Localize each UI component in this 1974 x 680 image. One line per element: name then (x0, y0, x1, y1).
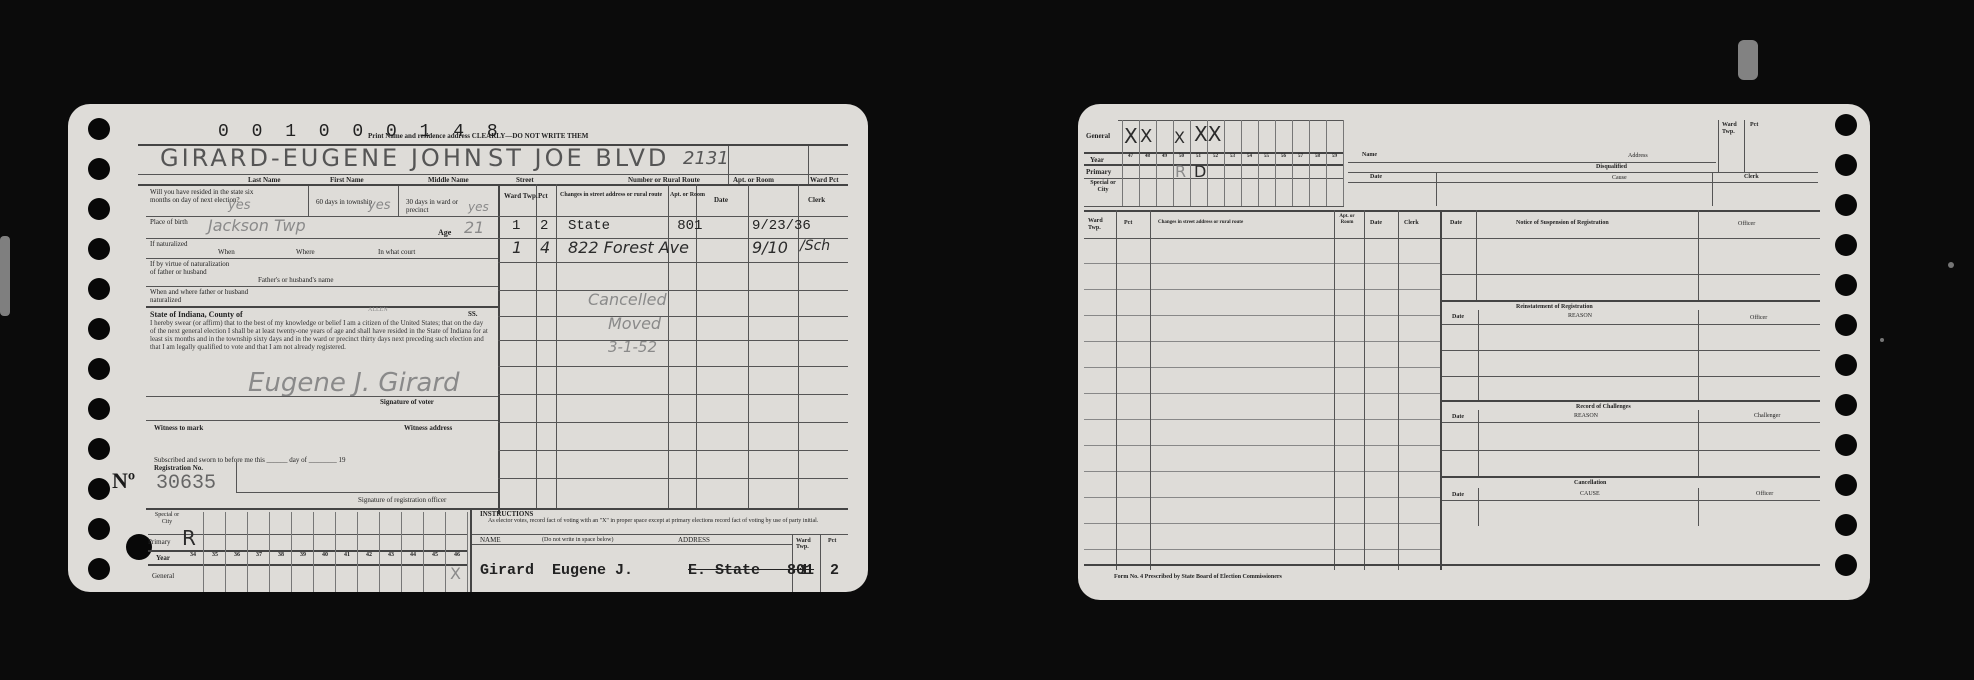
cell-ward: 1 (512, 238, 522, 257)
cell-pct: 2 (540, 218, 548, 234)
punch-hole (88, 278, 110, 300)
registration-no-label: Registration No. (154, 464, 203, 472)
col-clerk: Clerk (1404, 220, 1419, 226)
where-label: Where (296, 248, 315, 257)
paper-edge (0, 236, 10, 316)
middle-name-label: Middle Name (428, 176, 469, 184)
instructions-heading: INSTRUCTIONS (480, 510, 533, 518)
apt-room-label: Apt. or Room (733, 176, 774, 184)
suspension-title: Notice of Suspension of Registration (1516, 220, 1609, 226)
typed-pct: 2 (830, 562, 839, 579)
a-state: yes (228, 198, 250, 213)
primary-mark-50: R (1175, 162, 1186, 181)
first-name-label: First Name (330, 176, 364, 184)
punch-hole (88, 238, 110, 260)
punch-hole (1835, 434, 1857, 456)
punch-hole (1835, 354, 1857, 376)
cancellation-officer-label: Officer (1756, 490, 1773, 499)
number-route-label: Number or Rural Route (628, 176, 700, 184)
disq-date-label: Date (1370, 174, 1382, 180)
header-instruction: Print Name and residence address CLEARLY… (368, 132, 588, 140)
typed-address: E. State 801 (688, 562, 814, 579)
registration-officer-label: Signature of registration officer (358, 496, 446, 505)
challenger-label: Challenger (1754, 412, 1780, 421)
general-mark-46: X (450, 564, 461, 583)
virtue-label: If by virtue of naturalization of father… (150, 260, 230, 276)
punch-hole (88, 438, 110, 460)
cancellation-date-label: Date (1452, 492, 1464, 498)
row-special-city: Special or City (152, 512, 182, 526)
col-changes: Changes in street address or rural route (1158, 220, 1243, 225)
col-apt: Apt. or Room (1336, 214, 1358, 226)
row-general: General (152, 572, 174, 581)
primary-mark-51: D (1194, 162, 1206, 181)
punch-hole (1835, 554, 1857, 576)
registration-no-value: 30635 (156, 472, 216, 495)
row-special-city: Special or City (1088, 180, 1118, 194)
punch-hole (88, 158, 110, 180)
place-of-birth-label: Place of birth (150, 218, 190, 226)
dust-speck (1948, 262, 1954, 268)
cell-pct: 4 (540, 238, 550, 257)
punch-hole (88, 518, 110, 540)
col-pct: Pct (1124, 220, 1132, 226)
punch-hole (88, 478, 110, 500)
number-symbol: Nº (112, 468, 135, 494)
suspension-officer-label: Officer (1738, 220, 1755, 229)
reinstatement-officer-label: Officer (1750, 314, 1767, 323)
street-label: Street (516, 176, 534, 184)
punch-hole (88, 358, 110, 380)
cell-address-moved: Moved (608, 314, 661, 333)
back-card: General Year Primary Special or City 47 … (1078, 104, 1870, 600)
oath-text: I hereby swear (or affirm) that to the b… (150, 319, 490, 351)
ward-pct-label: Ward Pct (810, 176, 839, 184)
col-clerk: Clerk (808, 196, 825, 204)
name-label: Name (1362, 152, 1377, 158)
oath-county: ALLEN (368, 306, 388, 315)
punch-hole (1835, 154, 1857, 176)
father-when-label: When and where father or husband natural… (150, 288, 260, 304)
q-township-label: 60 days in township (316, 198, 376, 206)
general-mark-51: XX (1194, 122, 1221, 146)
back-vote-grid-lines (1122, 120, 1344, 206)
q-ward-label: 30 days in ward or precinct (406, 198, 470, 214)
punch-hole (1835, 474, 1857, 496)
clerk-label: Clerk (1744, 174, 1759, 180)
punch-hole (88, 118, 110, 140)
father-name-label: Father's or husband's name (258, 276, 333, 285)
handwritten-street: ST JOE BLVD (488, 144, 669, 172)
punch-hole (1835, 114, 1857, 136)
a-township: yes (368, 198, 390, 213)
col-date: Date (1370, 220, 1382, 226)
punch-hole (88, 558, 110, 580)
general-mark-47: X (1124, 124, 1138, 148)
front-card: 0 0 1 0 0 0 1 4 8 Print Name and residen… (68, 104, 868, 592)
pct-label: Pct (1750, 122, 1758, 128)
year-row: 47 48 49 50 51 52 53 54 55 56 57 58 59 (1122, 154, 1343, 159)
primary-mark-34: R (182, 526, 196, 550)
witness-label: Witness to mark (154, 424, 203, 432)
handwritten-number: 2131 (683, 148, 729, 169)
col-ward-twp: Ward Twp. (1088, 218, 1112, 232)
naturalized-label: If naturalized (150, 240, 200, 248)
court-label: In what court (378, 248, 415, 257)
cancellation-title: Cancellation (1574, 480, 1606, 486)
place-of-birth-value: Jackson Twp (208, 216, 306, 235)
col-date: Date (714, 196, 728, 204)
form-footer: Form No. 4 Prescribed by State Board of … (1114, 574, 1282, 580)
general-mark-48: X (1140, 126, 1152, 147)
general-mark-50: X (1174, 128, 1185, 147)
disqualified-label: Disqualified (1596, 164, 1627, 170)
bottom-ward-label: Ward Twp. (796, 538, 816, 550)
voter-signature: Eugene J. Girard (248, 368, 460, 398)
ward-twp-label: Ward Twp. (1722, 122, 1740, 136)
col-changes: Changes in street address or rural route (560, 192, 662, 198)
punch-hole (1835, 314, 1857, 336)
punch-hole (1835, 274, 1857, 296)
a-ward: yes (468, 200, 489, 214)
back-changes-rows (1084, 238, 1440, 574)
oath-ss: SS. (468, 310, 478, 318)
punch-hole (1835, 194, 1857, 216)
challenges-title: Record of Challenges (1576, 404, 1631, 410)
address-label: Address (1628, 152, 1648, 161)
col-ward-twp: Ward Twp. (504, 192, 538, 200)
punch-hole (1835, 394, 1857, 416)
challenges-date-label: Date (1452, 414, 1464, 420)
punch-hole (1835, 514, 1857, 536)
col-pct: Pct (538, 192, 548, 200)
suspension-date-label: Date (1450, 220, 1462, 226)
col-apt: Apt. or Room (670, 192, 705, 198)
paper-scrap (1738, 40, 1758, 80)
when-label: When (218, 248, 235, 257)
front-vote-grid-lines (182, 512, 468, 592)
instructions-text: As elector votes, record fact of voting … (488, 518, 848, 525)
typed-ward: 1 (800, 562, 809, 579)
reinstatement-reason-label: REASON (1568, 312, 1592, 321)
punch-hole (88, 198, 110, 220)
typed-name: Girard Eugene J. (480, 562, 633, 579)
row-year: Year (156, 554, 170, 562)
punch-hole (88, 318, 110, 340)
row-general: General (1086, 132, 1110, 140)
age-label: Age (438, 228, 451, 237)
cell-date: 9/10 (752, 238, 788, 257)
witness-address-label: Witness address (404, 424, 452, 432)
cell-clerk: /Sch (800, 238, 830, 254)
cancellation-cause-label: CAUSE (1580, 490, 1600, 499)
challenges-reason-label: REASON (1574, 412, 1598, 421)
cell-date: 9/23/36 (752, 218, 811, 234)
handwritten-name: GIRARD-EUGENE JOHN (160, 144, 485, 172)
reinstatement-title: Reinstatement of Registration (1516, 304, 1593, 310)
oath-heading: State of Indiana, County of (150, 310, 243, 319)
row-primary: Primary (1086, 168, 1111, 176)
cell-address: 822 Forest Ave (568, 238, 689, 257)
reinstatement-date-label: Date (1452, 314, 1464, 320)
punch-hole (88, 398, 110, 420)
signature-label: Signature of voter (380, 398, 434, 406)
bottom-pct-label: Pct (828, 538, 836, 544)
cell-address: State 801 (568, 218, 702, 234)
cell-address-cancelled: Cancelled (588, 290, 667, 309)
row-year: Year (1090, 156, 1104, 164)
last-name-label: Last Name (248, 176, 280, 184)
dust-speck (1880, 338, 1884, 342)
row-primary: Primary (148, 538, 171, 547)
age-value: 21 (464, 218, 484, 237)
cell-ward: 1 (512, 218, 520, 234)
cell-address-date: 3-1-52 (608, 338, 657, 356)
punch-hole (1835, 234, 1857, 256)
